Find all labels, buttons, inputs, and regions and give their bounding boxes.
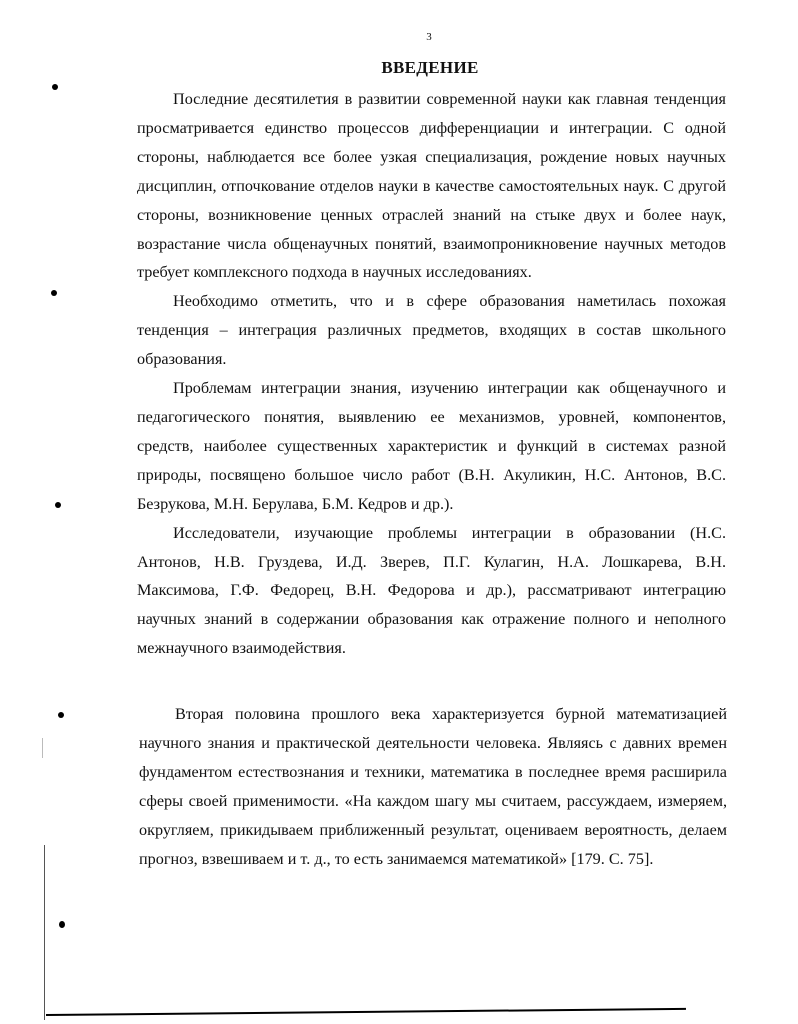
- paragraph: Проблемам интеграции знания, изучению ин…: [137, 374, 726, 519]
- paragraph: Необходимо отметить, что и в сфере образ…: [137, 287, 726, 374]
- body-block-1: Последние десятилетия в развитии совреме…: [137, 85, 726, 663]
- section-heading: ВВЕДЕНИЕ: [31, 58, 798, 78]
- punch-hole-mark: [51, 290, 57, 296]
- page-number: 3: [30, 31, 798, 43]
- body-block-2: Вторая половина прошлого века характериз…: [139, 700, 727, 873]
- paragraph: Вторая половина прошлого века характериз…: [139, 700, 727, 873]
- punch-hole-mark: [52, 84, 58, 90]
- punch-hole-mark: [55, 502, 61, 508]
- scan-artifact: [42, 738, 43, 758]
- paragraph: Исследователи, изучающие проблемы интегр…: [137, 519, 726, 664]
- scan-border-bottom: [46, 1008, 686, 1016]
- punch-hole-mark: [59, 921, 65, 928]
- punch-hole-mark: [58, 712, 64, 718]
- scan-border-left: [44, 845, 45, 1020]
- paragraph: Последние десятилетия в развитии совреме…: [137, 85, 726, 287]
